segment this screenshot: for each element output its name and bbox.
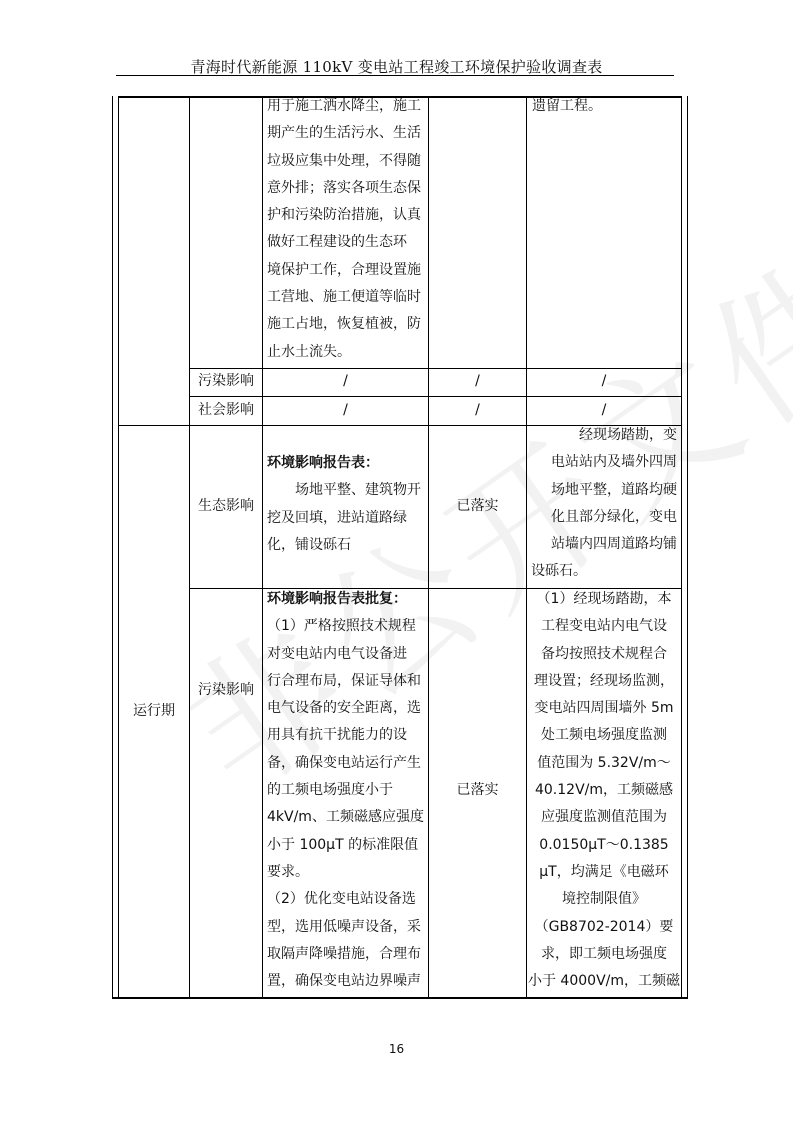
text-line: 行合理布局，保证导体和	[267, 668, 427, 695]
text-line: 求，即工频电场强度	[527, 941, 681, 968]
text-line: 4kV/m、工频磁感应强度	[267, 804, 427, 831]
text-line: 场地平整，道路均硬	[531, 477, 677, 504]
text-line: 值范围为 5.32V/m～	[527, 750, 681, 777]
text-line: 境保护工作，合理设置施	[267, 257, 427, 284]
result-social-construction: /	[527, 396, 681, 425]
requirement-heading: 环境影响报告表批复：	[267, 586, 427, 613]
text-line: 小于 100μT 的标准限值	[267, 832, 427, 859]
text-line: 经现场踏勘，变	[531, 422, 677, 449]
text-line: （1）经现场踏勘，本	[527, 586, 681, 613]
text-line: 化，铺设砾石	[267, 532, 427, 559]
continued-result-cell: 遗留工程。	[532, 93, 678, 120]
requirement-pollution-construction: /	[263, 368, 428, 396]
text-line: （GB8702-2014）要	[527, 914, 681, 941]
status-social-construction: /	[429, 396, 526, 425]
result-ecology-operation: 经现场踏勘，变 电站站内及墙外四周 场地平整，道路均硬 化且部分绿化，变电 站墙…	[531, 422, 681, 586]
text-line: 挖及回填，进站道路绿	[267, 505, 427, 532]
category-ecology-operation: 生态影响	[190, 426, 262, 588]
text-line: 化且部分绿化，变电	[531, 504, 677, 531]
text-line: 0.0150μT～0.1385	[527, 832, 681, 859]
text-line: 施工占地，恢复植被，防	[267, 311, 427, 338]
result-pollution-operation: （1）经现场踏勘，本 工程变电站内电气设 备均按照技术规程合 理设置；经现场监测…	[527, 586, 681, 995]
page-number: 16	[0, 1042, 793, 1056]
text-line: 电气设备的安全距离，选	[267, 695, 427, 722]
continued-requirement-cell: 用于施工洒水降尘，施工 期产生的生活污水、生活 垃圾应集中处理，不得随 意外排；…	[267, 93, 427, 366]
text-line: 对变电站内电气设备进	[267, 641, 427, 668]
requirement-social-construction: /	[263, 396, 428, 425]
stage-operation: 运行期	[119, 426, 189, 997]
text-line: 用于施工洒水降尘，施工	[267, 93, 427, 120]
text-line: 的工频电场强度小于	[267, 777, 427, 804]
status-pollution-construction: /	[429, 368, 526, 396]
text-line: μT，均满足《电磁环	[527, 859, 681, 886]
text-line: 应强度监测值范围为	[527, 804, 681, 831]
text-line: 用具有抗干扰能力的设	[267, 722, 427, 749]
text-line: 场地平整、建筑物开	[267, 477, 427, 504]
text-line: 工程变电站内电气设	[527, 613, 681, 640]
text-line: （2）优化变电站设备选	[267, 886, 427, 913]
text-line: 止水土流失。	[267, 339, 427, 366]
requirement-pollution-operation: 环境影响报告表批复： （1）严格按照技术规程 对变电站内电气设备进 行合理布局，…	[267, 586, 427, 995]
text-line: 要求。	[267, 859, 427, 886]
text-line: 期产生的生活污水、生活	[267, 120, 427, 147]
status-ecology-operation: 已落实	[429, 426, 526, 588]
text-line: 备，确保变电站运行产生	[267, 750, 427, 777]
text-line: 理设置；经现场监测，	[527, 668, 681, 695]
col-divider-2	[262, 96, 263, 999]
table-border-right-inner	[681, 96, 682, 999]
text-line: 小于 4000V/m，工频磁	[527, 968, 681, 995]
requirement-heading: 环境影响报告表：	[267, 450, 427, 477]
document-header-title: 青海时代新能源 110kV 变电站工程竣工环境保护验收调查表	[0, 56, 793, 77]
text-line: 护和污染防治措施，认真	[267, 202, 427, 229]
text-line: 站墙内四周道路均铺	[531, 531, 677, 558]
text-line: 变电站四周围墙外 5m	[527, 695, 681, 722]
text-line: 取隔声降噪措施，合理布	[267, 941, 427, 968]
text-line: 垃圾应集中处理，不得随	[267, 148, 427, 175]
text-line: 工营地、施工便道等临时	[267, 284, 427, 311]
category-pollution-operation: 污染影响	[190, 676, 262, 706]
text-line: 处工频电场强度监测	[527, 722, 681, 749]
header-divider	[116, 75, 674, 76]
acceptance-survey-table: 用于施工洒水降尘，施工 期产生的生活污水、生活 垃圾应集中处理，不得随 意外排；…	[112, 96, 688, 999]
text-line: 型，选用低噪声设备，采	[267, 914, 427, 941]
text-line: 意外排；落实各项生态保	[267, 175, 427, 202]
table-border-left-outer	[112, 96, 113, 999]
result-pollution-construction: /	[527, 368, 681, 396]
text-line: 做好工程建设的生态环	[267, 229, 427, 256]
category-pollution-construction: 污染影响	[190, 368, 262, 396]
text-line: 备均按照技术规程合	[527, 641, 681, 668]
text-line: 境控制限值》	[527, 886, 681, 913]
text-line: 电站站内及墙外四周	[531, 449, 677, 476]
text-line: 遗留工程。	[532, 93, 678, 120]
table-border-bottom	[112, 997, 688, 999]
text-line: 置，确保变电站边界噪声	[267, 968, 427, 995]
table-border-right-outer	[687, 96, 688, 999]
text-line: 设砾石。	[531, 558, 677, 585]
requirement-ecology-operation: 环境影响报告表： 场地平整、建筑物开 挖及回填，进站道路绿 化，铺设砾石	[267, 450, 427, 559]
text-line: 40.12V/m，工频磁感	[527, 777, 681, 804]
category-social-construction: 社会影响	[190, 396, 262, 425]
status-pollution-operation: 已落实	[429, 776, 526, 806]
text-line: （1）严格按照技术规程	[267, 613, 427, 640]
